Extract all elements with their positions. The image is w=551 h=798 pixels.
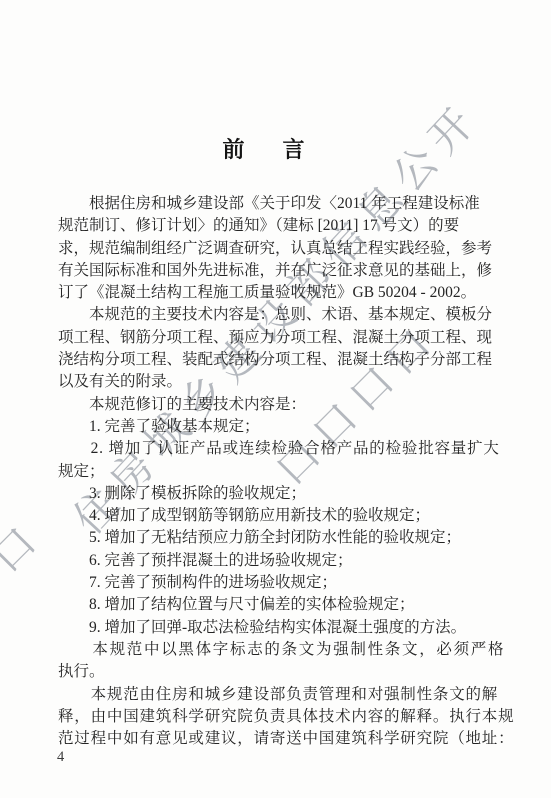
page-title-text: 前言	[222, 133, 342, 164]
body-text-line: 范过程中如有意见或建议，请寄送中国建筑科学研究院（地址：	[58, 726, 496, 748]
body-text-line: 根据住房和城乡建设部《关于印发〈2011 年工程建设标准	[58, 191, 496, 213]
body-text-line: 4. 增加了成型钢筋等钢筋应用新技术的验收规定；	[58, 503, 496, 525]
body-text-line: 订了《混凝土结构工程施工质量验收规范》GB 50204 - 2002。	[58, 280, 496, 302]
body-text-line: 5. 增加了无粘结预应力筋全封闭防水性能的验收规定；	[58, 525, 496, 547]
body-text-block: 根据住房和城乡建设部《关于印发〈2011 年工程建设标准规范制订、修订计划〉的通…	[58, 191, 496, 748]
body-text-line: 8. 增加了结构位置与尺寸偏差的实体检验规定；	[58, 592, 496, 614]
body-text-line: 项工程、钢筋分项工程、预应力分项工程、混凝土分项工程、现	[58, 325, 496, 347]
body-text-line: 本规范中以黑体字标志的条文为强制性条文，必须严格	[58, 637, 496, 659]
body-text-line: 求，规范编制组经广泛调查研究，认真总结工程实践经验，参考	[58, 236, 496, 258]
body-text-line: 规范制订、修订计划〉的通知》（建标 [2011] 17 号文）的要	[58, 213, 496, 235]
body-text-line: 2. 增加了认证产品或连续检验合格产品的检验批容量扩大	[58, 436, 496, 458]
document-page: 住房城乡建设部信息公开 口口口口 口 前言 根据住房和城乡建设部《关于印发〈20…	[0, 0, 551, 798]
body-text-line: 以及有关的附录。	[58, 369, 496, 391]
body-text-line: 9. 增加了回弹-取芯法检验结构实体混凝土强度的方法。	[58, 615, 496, 637]
body-text-line: 7. 完善了预制构件的进场验收规定；	[58, 570, 496, 592]
body-text-line: 规定；	[58, 459, 496, 481]
body-text-line: 执行。	[58, 659, 496, 681]
body-text-line: 浇结构分项工程、装配式结构分项工程、混凝土结构子分部工程	[58, 347, 496, 369]
body-text-line: 有关国际标准和国外先进标准，并在广泛征求意见的基础上，修	[58, 258, 496, 280]
body-text-line: 3. 删除了模板拆除的验收规定；	[58, 481, 496, 503]
body-text-line: 本规范修订的主要技术内容是：	[58, 392, 496, 414]
page-number: 4	[57, 749, 64, 766]
body-text-line: 6. 完善了预拌混凝土的进场验收规定；	[58, 548, 496, 570]
body-text-line: 本规范由住房和城乡建设部负责管理和对强制性条文的解	[58, 682, 496, 704]
body-text-line: 本规范的主要技术内容是：总则、术语、基本规定、模板分	[58, 302, 496, 324]
page-title: 前言	[0, 133, 539, 164]
body-text-line: 释，由中国建筑科学研究院负责具体技术内容的解释。执行本规	[58, 704, 496, 726]
body-text-line: 1. 完善了验收基本规定；	[58, 414, 496, 436]
watermark-box-left-edge: 口	[0, 512, 48, 584]
